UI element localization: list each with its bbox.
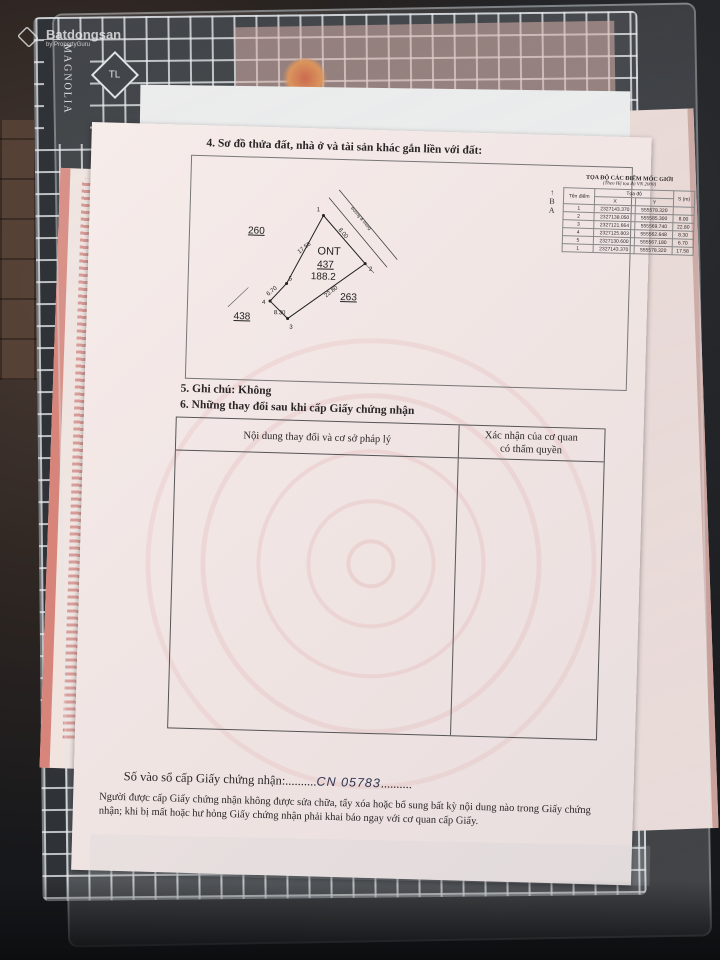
batdongsan-logo-icon	[17, 26, 39, 48]
svg-text:ONT: ONT	[317, 245, 341, 258]
svg-text:22.80: 22.80	[324, 285, 340, 299]
changes-table: Nội dung thay đổi và cơ sở pháp lý Xác n…	[167, 416, 606, 740]
floor-shadow	[0, 880, 720, 960]
certificate-notice: Người được cấp Giấy chứng nhận không đượ…	[99, 790, 600, 832]
south-letter: A	[545, 206, 559, 215]
boundary-coordinates: TỌA ĐỘ CÁC ĐIỂM MỐC GIỚI (Theo Hệ tọa độ…	[562, 174, 696, 256]
svg-text:4: 4	[262, 300, 266, 306]
svg-text:188.2: 188.2	[311, 271, 337, 283]
changes-content-header: Nội dung thay đổi và cơ sở pháp lý	[176, 417, 459, 458]
coords-table: Tên điểm Tọa độ S (m) X Y 12327143.37055…	[562, 187, 696, 256]
svg-text:2: 2	[369, 267, 373, 273]
registry-number-line: Số vào sổ cấp Giấy chứng nhận:..........…	[124, 769, 413, 792]
north-arrow-icon: ↑ B A	[544, 188, 559, 228]
svg-text:260: 260	[248, 225, 265, 236]
section-4-title: 4. Sơ đồ thửa đất, nhà ở và tài sản khác…	[206, 137, 482, 157]
svg-text:6.70: 6.70	[266, 285, 279, 297]
section-6-title: 6. Những thay đổi sau khi cấp Giấy chứng…	[180, 399, 415, 418]
svg-text:438: 438	[233, 311, 250, 322]
svg-text:17.58: 17.58	[297, 241, 313, 255]
changes-confirm-column: Xác nhận của cơ quan có thẩm quyền	[450, 425, 605, 739]
coords-cell-x: 2327143.370	[593, 245, 634, 254]
confirm-header-line1: Xác nhận của cơ quan	[485, 429, 578, 445]
coords-table-body: 12327143.370555578.32022327138.050555585…	[562, 204, 694, 256]
watermark-brand: Batdongsan	[46, 27, 121, 42]
coords-header-point: Tên điểm	[563, 188, 594, 205]
north-arrow-head: ↑	[545, 188, 559, 197]
coords-cell-s: 17.58	[672, 247, 693, 256]
registry-dots-after: ..........	[381, 776, 413, 791]
watermark: Batdongsan by PropertyGuru	[16, 26, 121, 48]
svg-text:5: 5	[289, 277, 293, 283]
land-certificate-page: 4. Sơ đồ thửa đất, nhà ở và tài sản khác…	[71, 122, 652, 885]
changes-confirm-header: Xác nhận của cơ quan có thẩm quyền	[458, 425, 605, 462]
svg-text:8.30: 8.30	[274, 310, 287, 316]
registry-number: CN 05783	[316, 775, 381, 791]
confirm-header-line2: có thẩm quyền	[484, 442, 577, 458]
registry-label: Số vào sổ cấp Giấy chứng nhận:	[124, 769, 286, 788]
svg-text:263: 263	[340, 292, 357, 303]
svg-text:3: 3	[289, 325, 293, 331]
parcel-diagram-box: Đường đi chung 1 2 3 4 5 ONT 437 188.2 2…	[185, 155, 633, 391]
registry-dots: ..........	[285, 774, 317, 789]
watermark-sub: by PropertyGuru	[46, 42, 121, 48]
coords-cell-y: 555578.320	[634, 246, 672, 255]
north-letter: B	[545, 197, 559, 206]
section-5-notes: 5. Ghi chú: Không	[180, 383, 271, 398]
svg-text:437: 437	[317, 259, 334, 270]
svg-text:1: 1	[317, 207, 321, 213]
changes-content-column: Nội dung thay đổi và cơ sở pháp lý	[168, 417, 460, 735]
coords-header-distance: S (m)	[673, 191, 695, 208]
coords-cell-point: 1	[562, 244, 593, 253]
